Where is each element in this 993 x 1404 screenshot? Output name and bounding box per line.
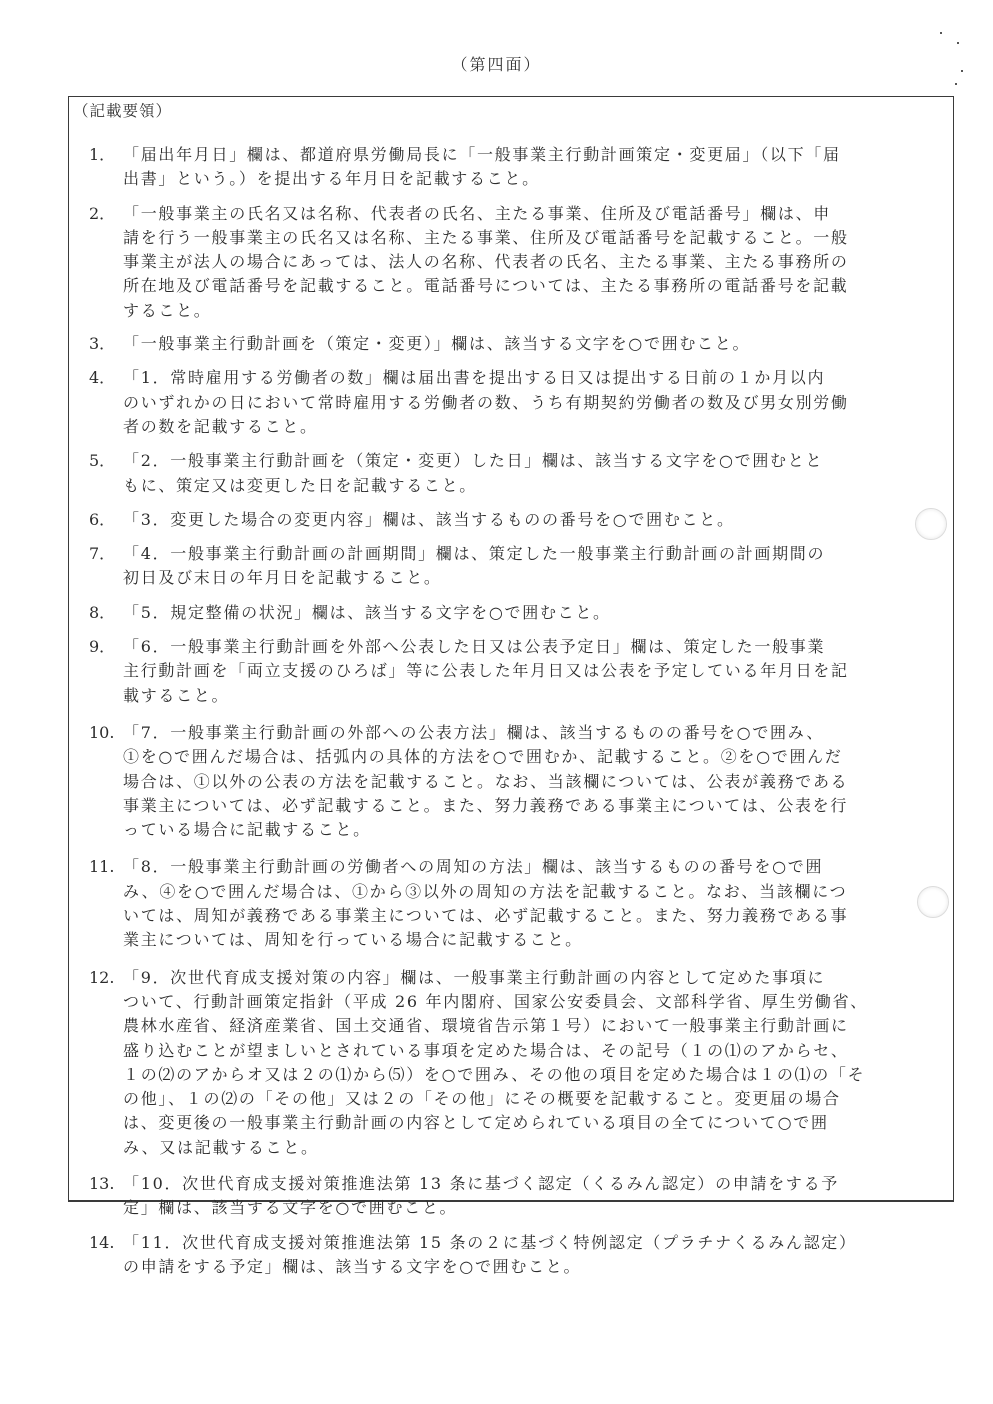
instruction-line: 「11．次世代育成支援対策推進法第 15 条の２に基づく特例認定（プラチナくるみ… <box>123 1231 945 1255</box>
instruction-line: 「一般事業主行動計画を（策定・変更）」欄は、該当する文字を○で囲むこと。 <box>123 332 945 356</box>
instructions-heading: （記載要領） <box>73 99 172 121</box>
instructions-list: 1．「届出年月日」欄は、都道府県労働局長に「一般事業主行動計画策定・変更届」（以… <box>89 133 945 1279</box>
instruction-line: ついて、行動計画策定指針（平成 26 年内閣府、国家公安委員会、文部科学省、厚生… <box>123 990 945 1014</box>
instruction-item: 1．「届出年月日」欄は、都道府県労働局長に「一般事業主行動計画策定・変更届」（以… <box>89 143 945 192</box>
instruction-line: 事業主については、必ず記載すること。また、努力義務である事業主については、公表を… <box>123 794 945 818</box>
instruction-item: 10.「7．一般事業主行動計画の外部への公表方法」欄は、該当するものの番号を○で… <box>89 721 945 842</box>
instruction-item: 14.「11．次世代育成支援対策推進法第 15 条の２に基づく特例認定（プラチナ… <box>89 1231 945 1280</box>
instruction-line: 場合は、①以外の公表の方法を記載すること。なお、当該欄については、公表が義務であ… <box>123 770 945 794</box>
instruction-line: １の⑵のアからオ又は２の⑴から⑸）を○で囲み、その他の項目を定めた場合は１の⑴の… <box>123 1063 945 1087</box>
instruction-item: 9．「6．一般事業主行動計画を外部へ公表した日又は公表予定日」欄は、策定した一般… <box>89 635 945 708</box>
instruction-number: 8． <box>89 601 123 625</box>
instruction-number: 13. <box>89 1172 123 1196</box>
instruction-line: 盛り込むことが望ましいとされている事項を定めた場合は、その記号（１の⑴のアからセ… <box>123 1039 945 1063</box>
instruction-line: み、又は記載すること。 <box>123 1136 945 1160</box>
instruction-line: 者の数を記載すること。 <box>123 415 945 439</box>
instruction-line: 「1．常時雇用する労働者の数」欄は届出書を提出する日又は提出する日前の１か月以内 <box>123 366 945 390</box>
scan-speck <box>957 42 959 44</box>
instruction-item: 11.「8．一般事業主行動計画の労働者への周知の方法」欄は、該当するものの番号を… <box>89 855 945 952</box>
instruction-line: 「10．次世代育成支援対策推進法第 13 条に基づく認定（くるみん認定）の申請を… <box>123 1172 945 1196</box>
instruction-line: 「2．一般事業主行動計画を（策定・変更）した日」欄は、該当する文字を○で囲むとと <box>123 449 945 473</box>
instruction-line: っている場合に記載すること。 <box>123 818 945 842</box>
instruction-line: 業主については、周知を行っている場合に記載すること。 <box>123 928 945 952</box>
instruction-number: 6． <box>89 508 123 532</box>
instruction-line: 「9．次世代育成支援対策の内容」欄は、一般事業主行動計画の内容として定めた事項に <box>123 966 945 990</box>
scan-speck <box>961 70 963 72</box>
scan-speck <box>955 83 957 85</box>
instruction-line: 事業主が法人の場合にあっては、法人の名称、代表者の氏名、主たる事業、主たる事務所… <box>123 250 945 274</box>
instruction-line: の他」、１の⑵の「その他」又は２の「その他」にその概要を記載すること。変更届の場… <box>123 1087 945 1111</box>
instruction-line: 「6．一般事業主行動計画を外部へ公表した日又は公表予定日」欄は、策定した一般事業 <box>123 635 945 659</box>
instruction-number: 9． <box>89 635 123 659</box>
instruction-line: すること。 <box>123 299 945 323</box>
instruction-line: 「5．規定整備の状況」欄は、該当する文字を○で囲むこと。 <box>123 601 945 625</box>
instruction-number: 14. <box>89 1231 123 1255</box>
instruction-line: いては、周知が義務である事業主については、必ず記載すること。また、努力義務である… <box>123 904 945 928</box>
instruction-line: 「8．一般事業主行動計画の労働者への周知の方法」欄は、該当するものの番号を○で囲 <box>123 855 945 879</box>
instructions-box: （記載要領） 1．「届出年月日」欄は、都道府県労働局長に「一般事業主行動計画策定… <box>68 96 954 1202</box>
instruction-number: 7． <box>89 542 123 566</box>
instruction-item: 3．「一般事業主行動計画を（策定・変更）」欄は、該当する文字を○で囲むこと。 <box>89 332 945 356</box>
instruction-number: 4． <box>89 366 123 390</box>
instruction-line: のいずれかの日において常時雇用する労働者の数、うち有期契約労働者の数及び男女別労… <box>123 391 945 415</box>
instruction-item: 13.「10．次世代育成支援対策推進法第 13 条に基づく認定（くるみん認定）の… <box>89 1172 945 1221</box>
instruction-line: の申請をする予定」欄は、該当する文字を○で囲むこと。 <box>123 1255 945 1279</box>
instruction-line: 「一般事業主の氏名又は名称、代表者の氏名、主たる事業、住所及び電話番号」欄は、申 <box>123 202 945 226</box>
scan-speck <box>940 32 942 34</box>
instruction-line: 「届出年月日」欄は、都道府県労働局長に「一般事業主行動計画策定・変更届」（以下「… <box>123 143 945 167</box>
instruction-line: 定」欄は、該当する文字を○で囲むこと。 <box>123 1196 945 1220</box>
instruction-item: 8．「5．規定整備の状況」欄は、該当する文字を○で囲むこと。 <box>89 601 945 625</box>
instruction-number: 5． <box>89 449 123 473</box>
instruction-line: み、④を○で囲んだ場合は、①から③以外の周知の方法を記載すること。なお、当該欄に… <box>123 880 945 904</box>
instruction-line: ①を○で囲んだ場合は、括弧内の具体的方法を○で囲むか、記載すること。②を○で囲ん… <box>123 745 945 769</box>
instruction-line: 「3．変更した場合の変更内容」欄は、該当するものの番号を○で囲むこと。 <box>123 508 945 532</box>
instruction-item: 12.「9．次世代育成支援対策の内容」欄は、一般事業主行動計画の内容として定めた… <box>89 966 945 1160</box>
instruction-line: は、変更後の一般事業主行動計画の内容として定められている項目の全てについて○で囲 <box>123 1111 945 1135</box>
instruction-number: 12. <box>89 966 123 990</box>
instruction-number: 2． <box>89 202 123 226</box>
instruction-item: 2．「一般事業主の氏名又は名称、代表者の氏名、主たる事業、住所及び電話番号」欄は… <box>89 202 945 323</box>
instruction-line: 農林水産省、経済産業省、国土交通省、環境省告示第１号）において一般事業主行動計画… <box>123 1014 945 1038</box>
instruction-item: 6．「3．変更した場合の変更内容」欄は、該当するものの番号を○で囲むこと。 <box>89 508 945 532</box>
instruction-number: 11. <box>89 855 123 879</box>
instruction-item: 7．「4．一般事業主行動計画の計画期間」欄は、策定した一般事業主行動計画の計画期… <box>89 542 945 591</box>
page-title: （第四面） <box>0 52 993 75</box>
instruction-line: 「7．一般事業主行動計画の外部への公表方法」欄は、該当するものの番号を○で囲み、 <box>123 721 945 745</box>
instruction-line: 請を行う一般事業主の氏名又は名称、主たる事業、住所及び電話番号を記載すること。一… <box>123 226 945 250</box>
instruction-line: 「4．一般事業主行動計画の計画期間」欄は、策定した一般事業主行動計画の計画期間の <box>123 542 945 566</box>
instruction-item: 5．「2．一般事業主行動計画を（策定・変更）した日」欄は、該当する文字を○で囲む… <box>89 449 945 498</box>
instruction-number: 3． <box>89 332 123 356</box>
instruction-line: もに、策定又は変更した日を記載すること。 <box>123 474 945 498</box>
instruction-line: 主行動計画を「両立支援のひろば」等に公表した年月日又は公表を予定している年月日を… <box>123 659 945 683</box>
instruction-number: 1． <box>89 143 123 167</box>
instruction-line: 出書」という。）を提出する年月日を記載すること。 <box>123 167 945 191</box>
punch-hole-top <box>915 508 947 540</box>
instruction-line: 載すること。 <box>123 684 945 708</box>
instruction-item: 4．「1．常時雇用する労働者の数」欄は届出書を提出する日又は提出する日前の１か月… <box>89 366 945 439</box>
instruction-line: 所在地及び電話番号を記載すること。電話番号については、主たる事務所の電話番号を記… <box>123 274 945 298</box>
punch-hole-bottom <box>917 886 949 918</box>
instruction-number: 10. <box>89 721 123 745</box>
instruction-line: 初日及び末日の年月日を記載すること。 <box>123 566 945 590</box>
